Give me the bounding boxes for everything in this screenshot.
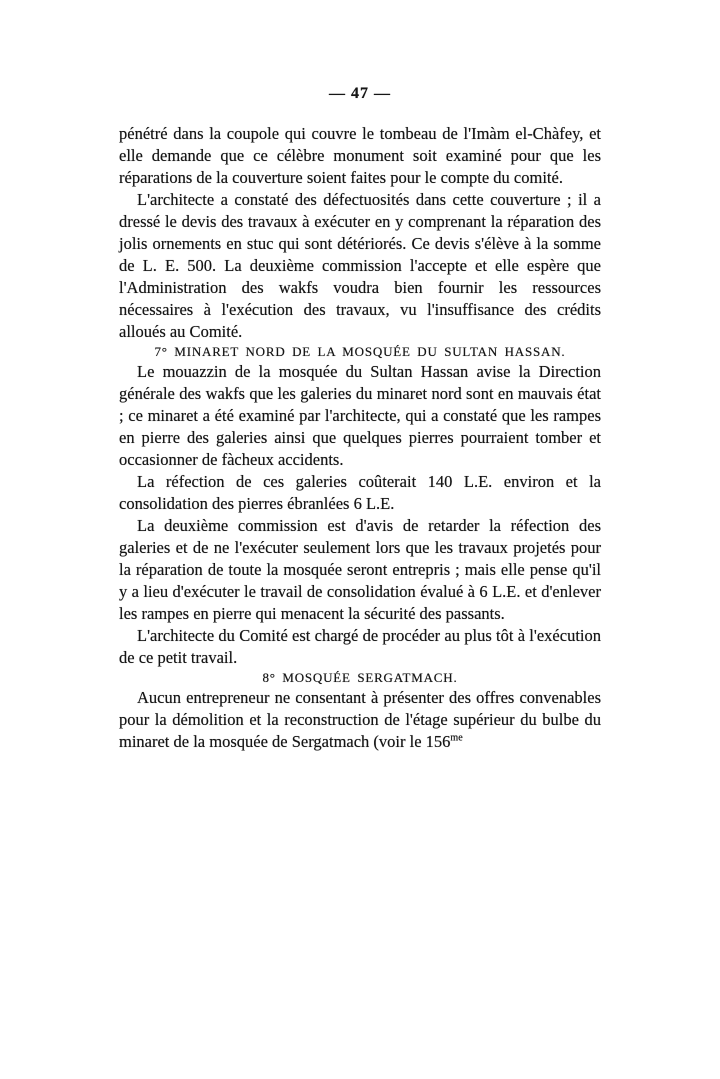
paragraph-architecte-charge: L'architecte du Comité est chargé de pro… [119,625,601,669]
text-column: pénétré dans la coupole qui couvre le to… [119,123,601,753]
paragraph-sergatmach-text: Aucun entrepreneur ne consentant à prése… [119,688,601,751]
ordinal-superscript: me [450,733,462,744]
scanned-document-page: — 47 — pénétré dans la coupole qui couvr… [0,0,720,1079]
paragraph-architecte-devis: L'architecte a constaté des défectuosité… [119,189,601,343]
paragraph-mouazzin: Le mouazzin de la mosquée du Sultan Hass… [119,361,601,471]
page-number: — 47 — [0,0,720,104]
section-heading-mosquee-sergatmach: 8° MOSQUÉE SERGATMACH. [119,669,601,687]
paragraph-sergatmach: Aucun entrepreneur ne consentant à prése… [119,687,601,753]
paragraph-deuxieme-commission: La deuxième commission est d'avis de ret… [119,515,601,625]
paragraph-refection-cout: La réfection de ces galeries coûterait 1… [119,471,601,515]
paragraph-continuation: pénétré dans la coupole qui couvre le to… [119,123,601,189]
section-heading-minaret-sultan-hassan: 7° MINARET NORD DE LA MOSQUÉE DU SULTAN … [119,343,601,361]
